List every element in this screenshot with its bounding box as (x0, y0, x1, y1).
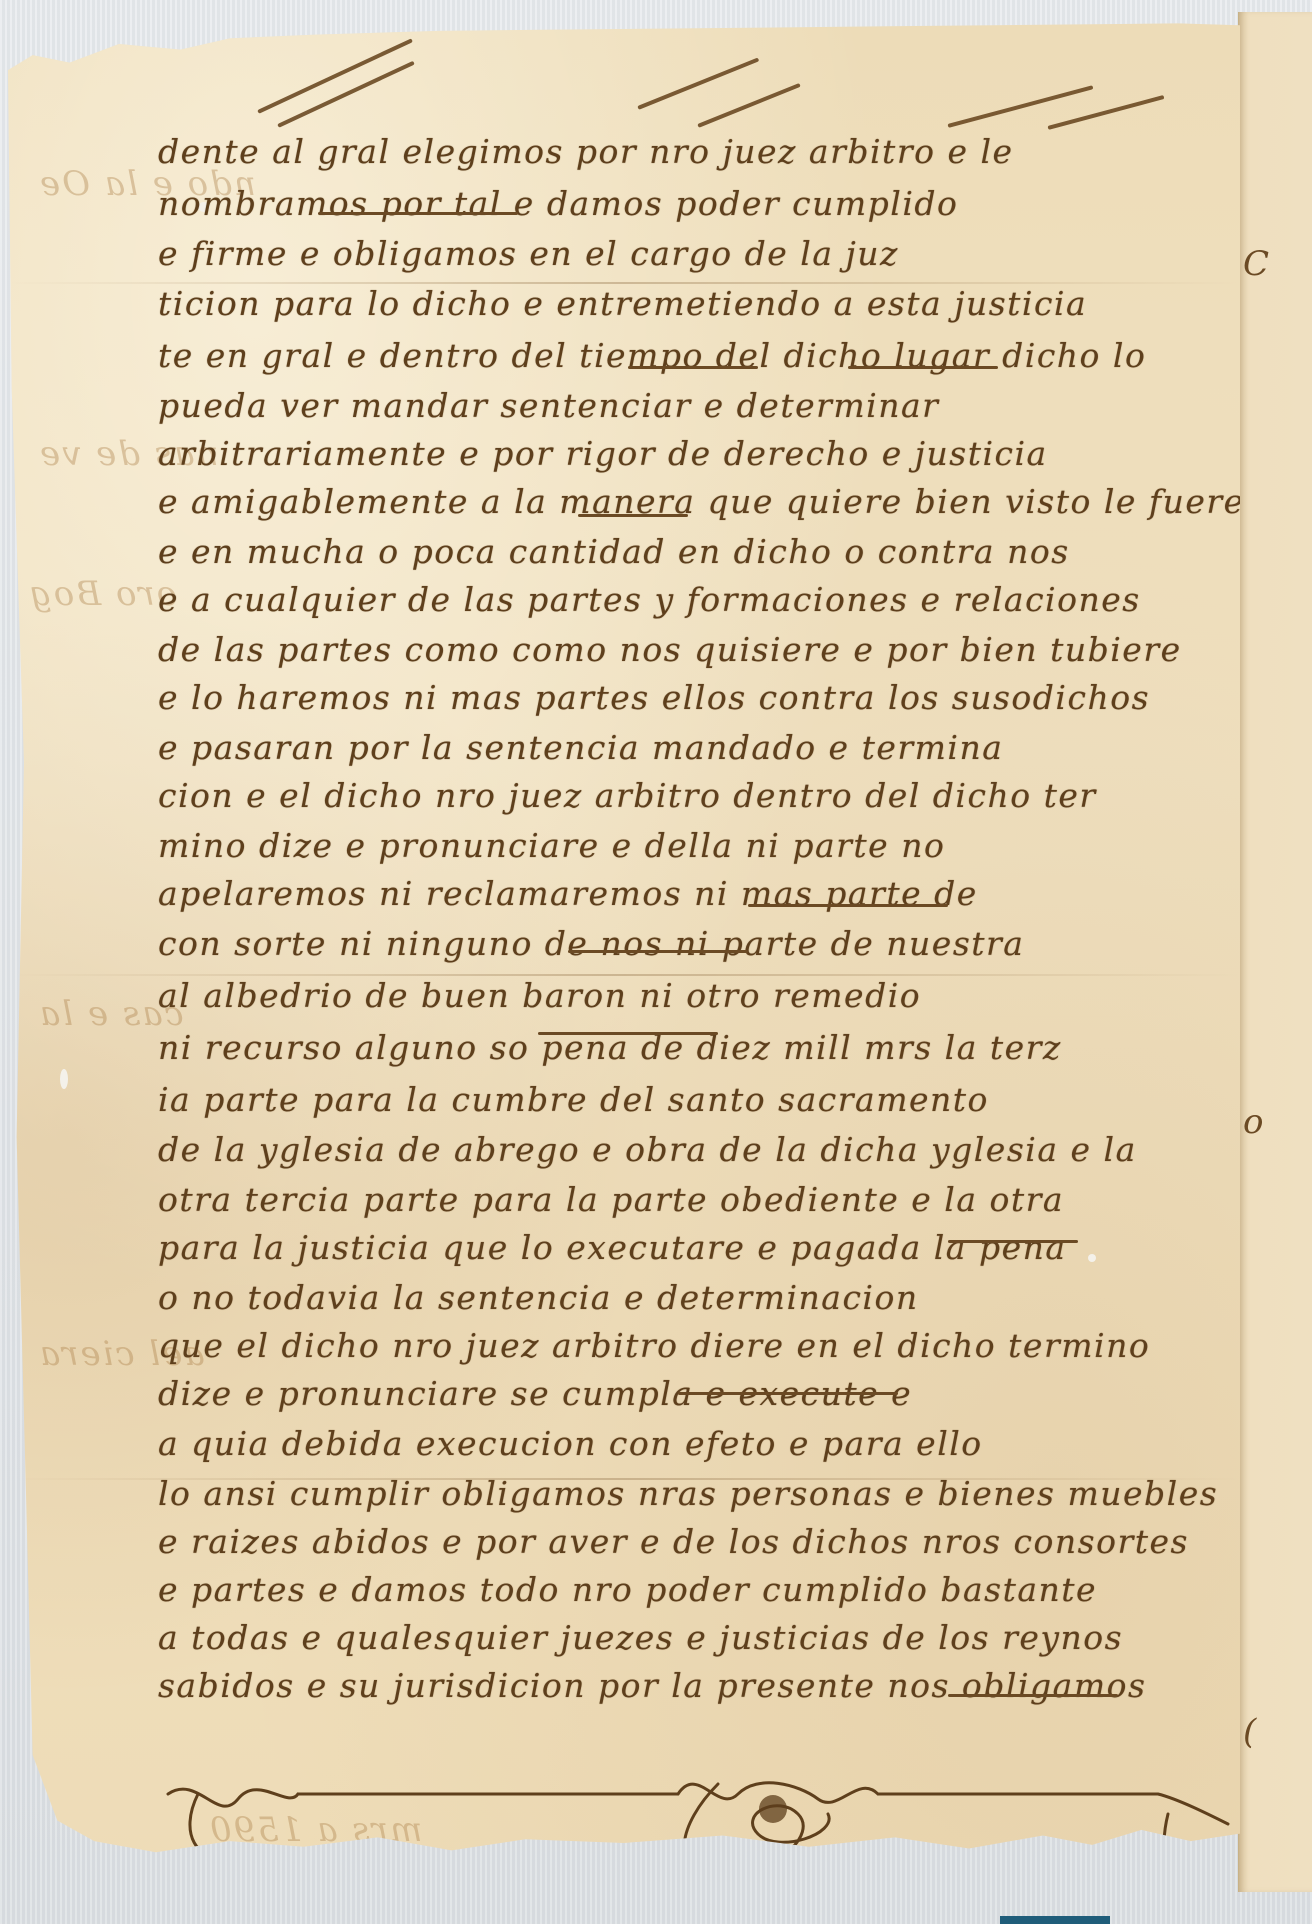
text-line-1: dente al gral elegimos por nro juez arbi… (158, 132, 1014, 171)
text-line-4: ticion para lo dicho e entremetiendo a e… (158, 284, 1087, 323)
text-line-3: e firme e obligamos en el cargo de la ju… (158, 234, 899, 273)
text-line-15: mino dize e pronunciare e della ni parte… (158, 826, 945, 865)
text-line-27: a quia debida execucion con efeto e para… (158, 1424, 983, 1463)
text-line-17: con sorte ni ninguno de nos ni parte de … (158, 924, 1024, 963)
text-line-28: lo ansi cumplir obligamos nras personas … (158, 1474, 1218, 1513)
underline-stroke (948, 1694, 1118, 1697)
worm-hole (1088, 1254, 1096, 1262)
underline-stroke (578, 514, 688, 517)
text-line-11: de las partes como como nos quisiere e p… (158, 630, 1182, 669)
text-line-14: cion e el dicho nro juez arbitro dentro … (158, 776, 1097, 815)
text-line-13: e pasaran por la sentencia mandado e ter… (158, 728, 1003, 767)
blue-tape-strip (1000, 1916, 1110, 1924)
bleed-through-text: oro Bog (28, 574, 177, 614)
underline-stroke (628, 366, 758, 369)
text-line-2: nombramos por tal e damos poder cumplido (158, 184, 958, 223)
adjacent-page-fragment: C (1243, 244, 1269, 284)
underline-stroke (848, 366, 998, 369)
text-line-6: pueda ver mandar sentenciar e determinar (158, 386, 939, 425)
underline-stroke (568, 950, 748, 953)
adjacent-page-edge: C o ( (1238, 12, 1312, 1892)
text-line-21: de la yglesia de abrego e obra de la dic… (158, 1130, 1137, 1169)
text-line-22: otra tercia parte para la parte obedient… (158, 1180, 1064, 1219)
text-line-32: sabidos e su jurisdicion por la presente… (158, 1666, 1146, 1705)
manuscript-page: ndo e la Oe nas de ve oro Bog cas e la a… (8, 14, 1240, 1886)
text-line-20: ia parte para la cumbre del santo sacram… (158, 1080, 989, 1119)
underline-stroke (948, 1240, 1078, 1243)
text-line-12: e lo haremos ni mas partes ellos contra … (158, 678, 1150, 717)
underline-stroke (748, 904, 948, 907)
underline-stroke (318, 212, 518, 215)
text-line-18: al albedrio de buen baron ni otro remedi… (158, 976, 921, 1015)
text-line-29: e raizes abidos e por aver e de los dich… (158, 1522, 1189, 1561)
accent-stroke (1047, 95, 1164, 130)
text-line-30: e partes e damos todo nro poder cumplido… (158, 1570, 1097, 1609)
text-line-8: e amigablemente a la manera que quiere b… (158, 482, 1245, 521)
underline-stroke (538, 1032, 718, 1035)
text-line-25: que el dicho nro juez arbitro diere en e… (158, 1326, 1150, 1365)
text-line-7: arbitrariamente e por rigor de derecho e… (158, 434, 1048, 473)
text-line-24: o no todavia la sentencia e determinacio… (158, 1278, 919, 1317)
adjacent-page-fragment: o (1243, 1102, 1263, 1142)
text-line-31: a todas e qualesquier juezes e justicias… (158, 1618, 1123, 1657)
accent-stroke (697, 83, 800, 128)
text-line-9: e en mucha o poca cantidad en dicho o co… (158, 532, 1070, 571)
adjacent-page-fragment: ( (1243, 1712, 1256, 1752)
accent-stroke (637, 57, 759, 109)
underline-stroke (678, 1392, 898, 1395)
text-line-10: e a cualquier de las partes y formacione… (158, 580, 1141, 619)
text-line-16: apelaremos ni reclamaremos ni mas parte … (158, 874, 978, 913)
worm-hole (60, 1069, 68, 1089)
text-line-5: te en gral e dentro del tiempo del dicho… (158, 336, 1146, 375)
text-line-23: para la justicia que lo executare e paga… (158, 1228, 1067, 1267)
